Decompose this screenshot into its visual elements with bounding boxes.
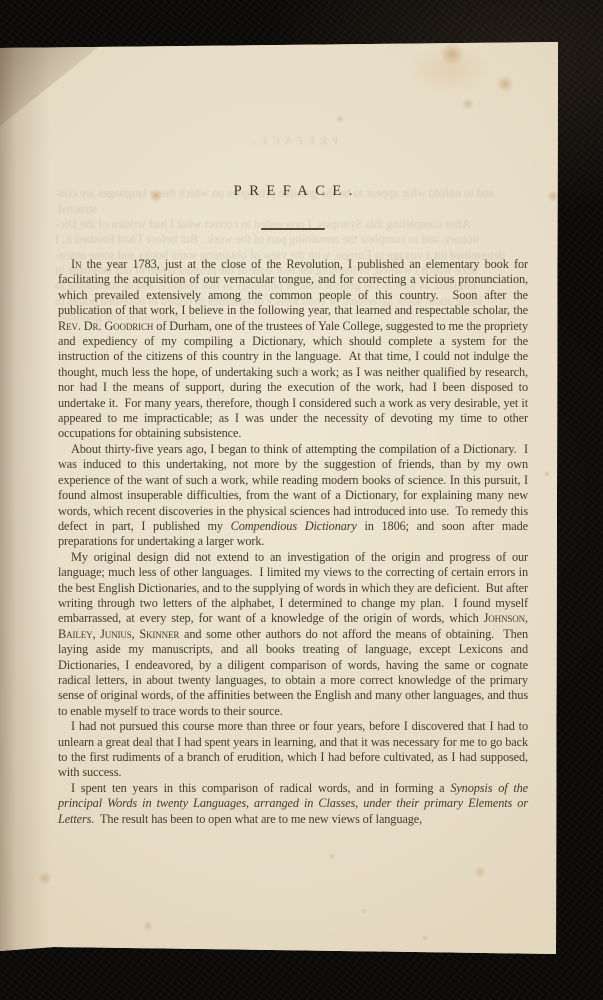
heading-rule bbox=[261, 228, 325, 230]
preface-paragraphs: In the year 1783, just at the close of t… bbox=[58, 257, 528, 827]
bleed-running-head: PREFACE. bbox=[55, 134, 531, 149]
page-title: PREFACE. bbox=[58, 183, 528, 200]
paragraph: I spent ten years in this comparison of … bbox=[58, 781, 528, 827]
book-page: PREFACE. and to unfold what appear to be… bbox=[0, 0, 603, 1000]
paragraph: My original design did not extend to an … bbox=[58, 550, 528, 719]
photo-backdrop: PREFACE. and to unfold what appear to be… bbox=[0, 0, 603, 1000]
paragraph: About thirty-five years ago, I began to … bbox=[58, 442, 528, 550]
paragraph: In the year 1783, just at the close of t… bbox=[58, 257, 528, 442]
paragraph: I had not pursued this course more than … bbox=[58, 719, 528, 781]
page-content: PREFACE. In the year 1783, just at the c… bbox=[58, 183, 528, 827]
